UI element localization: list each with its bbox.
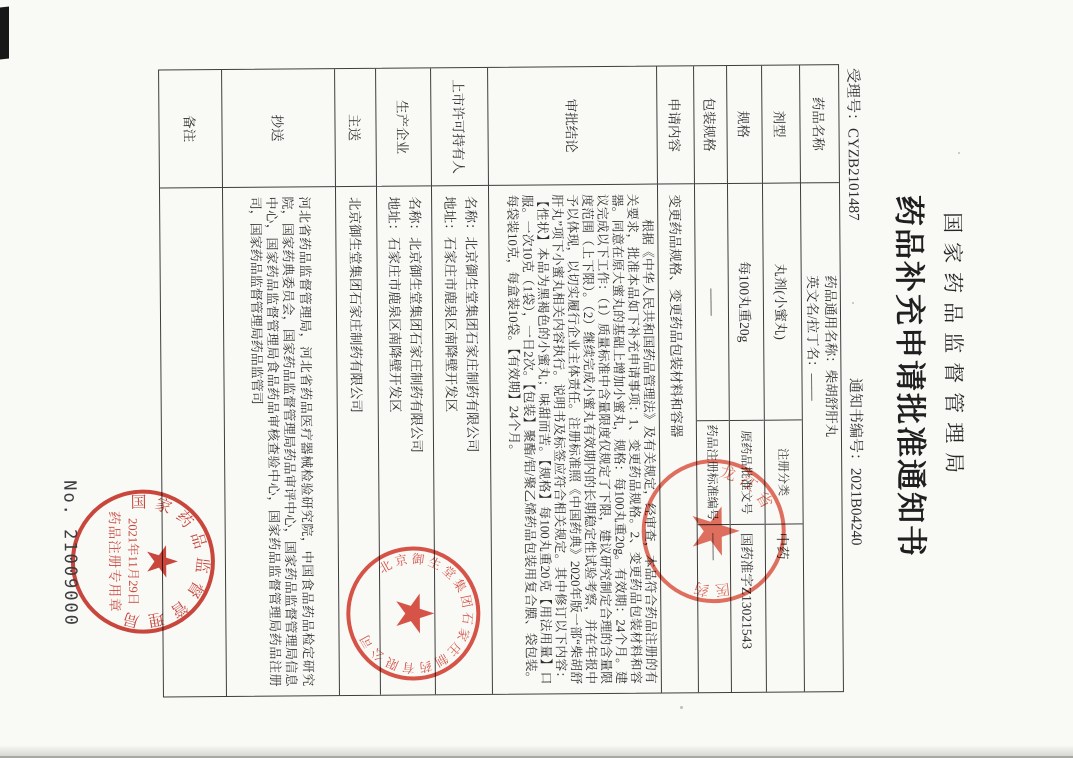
acceptance-number: 受理号：CYZB2101487 bbox=[843, 67, 865, 220]
row-label: 包装规格 bbox=[694, 66, 727, 184]
scan-speck bbox=[680, 706, 683, 709]
row-label: 抄送 bbox=[222, 69, 335, 188]
star-icon bbox=[396, 593, 434, 633]
star-icon bbox=[692, 506, 739, 556]
row-label: 主送 bbox=[335, 68, 376, 186]
nmpa-stamp-date: 2021年11月29日 bbox=[125, 518, 141, 605]
star-icon bbox=[147, 545, 178, 578]
company-stamp: 北京御生堂集团石家庄制药有限公司 bbox=[312, 512, 514, 714]
scan-edge-artifact bbox=[0, 6, 9, 59]
row-label: 审批结论 bbox=[488, 66, 657, 185]
scan-speck bbox=[303, 642, 306, 644]
row-label: 申请内容 bbox=[657, 66, 694, 184]
meta-line: 受理号：CYZB2101487 通知书编号：2021B04240 bbox=[863, 0, 869, 755]
dosage-form-value: 丸剂(小蜜丸) bbox=[762, 183, 801, 420]
rotated-scan-page: 国家药品监督管理局 药品补充申请批准通知书 受理号：CYZB2101487 通知… bbox=[0, 0, 1073, 758]
row-label: 备注 bbox=[159, 69, 222, 187]
spec-value: 每100丸重20g bbox=[727, 183, 763, 420]
scan-speck bbox=[852, 302, 854, 304]
row-label: 上市许可持有人 bbox=[431, 67, 488, 185]
scan-speck bbox=[531, 433, 534, 436]
receiver-stamp-arc-text-2: 医药 bbox=[688, 577, 731, 599]
notice-number: 通知书编号：2021B04240 bbox=[845, 377, 867, 545]
nmpa-stamp-caption: 药品注册专用章 bbox=[106, 511, 123, 613]
row-label: 药品名称 bbox=[800, 65, 839, 183]
document-title: 药品补充申请批准通知书 bbox=[887, 0, 938, 755]
row-label: 规格 bbox=[727, 65, 762, 183]
row-label: 生产企业 bbox=[376, 68, 431, 186]
scan-speck bbox=[958, 152, 960, 154]
pack-spec-value: —— bbox=[694, 184, 728, 421]
receiver-unit-stamp: 龙江省 医药 bbox=[612, 430, 814, 632]
row-label: 剂型 bbox=[762, 65, 800, 183]
stamp-serial-number: No. 21009000 bbox=[59, 480, 80, 627]
issuing-agency: 国家药品监督管理局 bbox=[936, 0, 971, 697]
document-page: 国家药品监督管理局 药品补充申请批准通知书 受理号：CYZB2101487 通知… bbox=[0, 0, 1073, 758]
svg-text:医药: 医药 bbox=[688, 577, 731, 599]
